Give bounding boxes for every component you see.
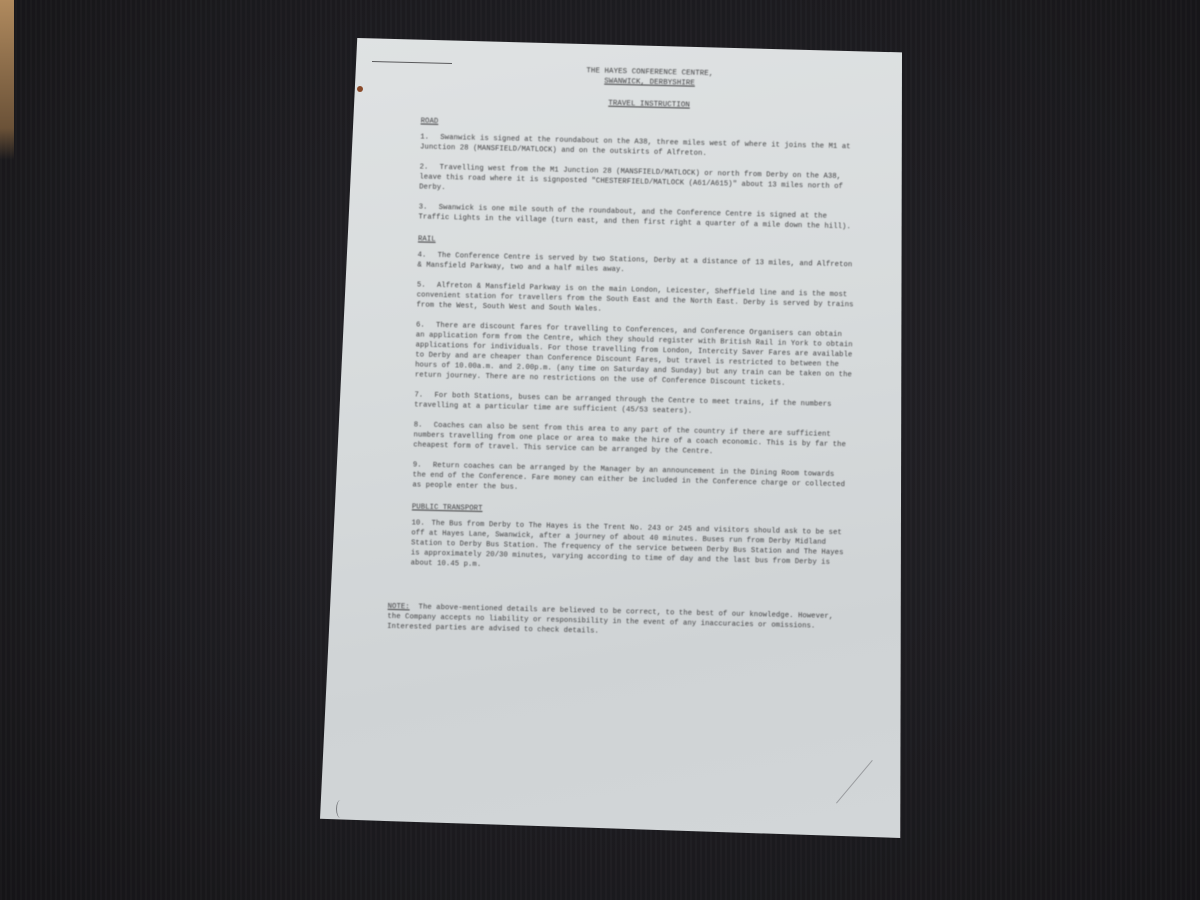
paragraph: 3.Swanwick is one mile south of the roun… [418,202,856,232]
paragraph-text: Swanwick is one mile south of the rounda… [418,204,851,231]
paragraph: 8.Coaches can also be sent from this are… [413,420,852,460]
paragraph-number: 6. [416,320,436,330]
paragraph-text: Swanwick is signed at the roundabout on … [420,134,851,158]
paragraph-text: Return coaches can be arranged by the Ma… [412,462,845,492]
note-label: NOTE: [388,603,410,611]
paragraph-text: Alfreton & Mansfield Parkway is on the m… [416,282,853,314]
wood-edge [0,0,14,160]
paragraph-number: 10. [411,518,431,528]
disclaimer-note: NOTE: The above-mentioned details are be… [387,602,848,642]
paragraph: 4.The Conference Centre is served by two… [417,250,855,280]
paragraph-text: For both Stations, buses can be arranged… [414,392,831,416]
section-road: ROAD 1.Swanwick is signed at the roundab… [396,116,858,232]
section-rail: RAIL 4.The Conference Centre is served b… [390,234,856,500]
paragraph-number: 7. [414,390,434,400]
paragraph-number: 8. [414,420,434,430]
paragraph-number: 5. [417,280,437,290]
paragraph-number: 1. [420,132,440,142]
paragraph: 7.For both Stations, buses can be arrang… [414,390,852,420]
paragraph: 10.The Bus from Derby to The Hayes is th… [411,518,850,578]
document-header: THE HAYES CONFERENCE CENTRE, SWANWICK, D… [439,63,860,115]
document-title: TRAVEL INSTRUCTION [439,95,859,115]
paragraph-number: 9. [413,460,433,470]
note-text: The above-mentioned details are believed… [387,604,833,636]
paragraph-text: Travelling west from the M1 Junction 28 … [419,164,843,192]
paragraph: 5.Alfreton & Mansfield Parkway is on the… [416,280,855,320]
paragraph: 1.Swanwick is signed at the roundabout o… [420,132,858,162]
paragraph-text: There are discount fares for travelling … [415,322,853,388]
stain-mark [357,86,363,92]
paragraph-text: The Conference Centre is served by two S… [417,252,852,274]
paragraph-text: Coaches can also be sent from this area … [413,422,846,456]
paragraph: 9.Return coaches can be arranged by the … [412,460,851,500]
paragraph-number: 2. [419,162,439,172]
section-public-transport: PUBLIC TRANSPORT 10.The Bus from Derby t… [389,502,850,578]
paragraph-number: 3. [419,202,439,212]
paragraph-text: The Bus from Derby to The Hayes is the T… [411,520,844,569]
corner-curl [336,800,345,818]
paragraph: 2.Travelling west from the M1 Junction 2… [419,162,858,202]
paragraph-number: 4. [418,250,438,260]
paragraph: 6.There are discount fares for travellin… [415,320,854,390]
typed-document: THE HAYES CONFERENCE CENTRE, SWANWICK, D… [387,62,860,652]
